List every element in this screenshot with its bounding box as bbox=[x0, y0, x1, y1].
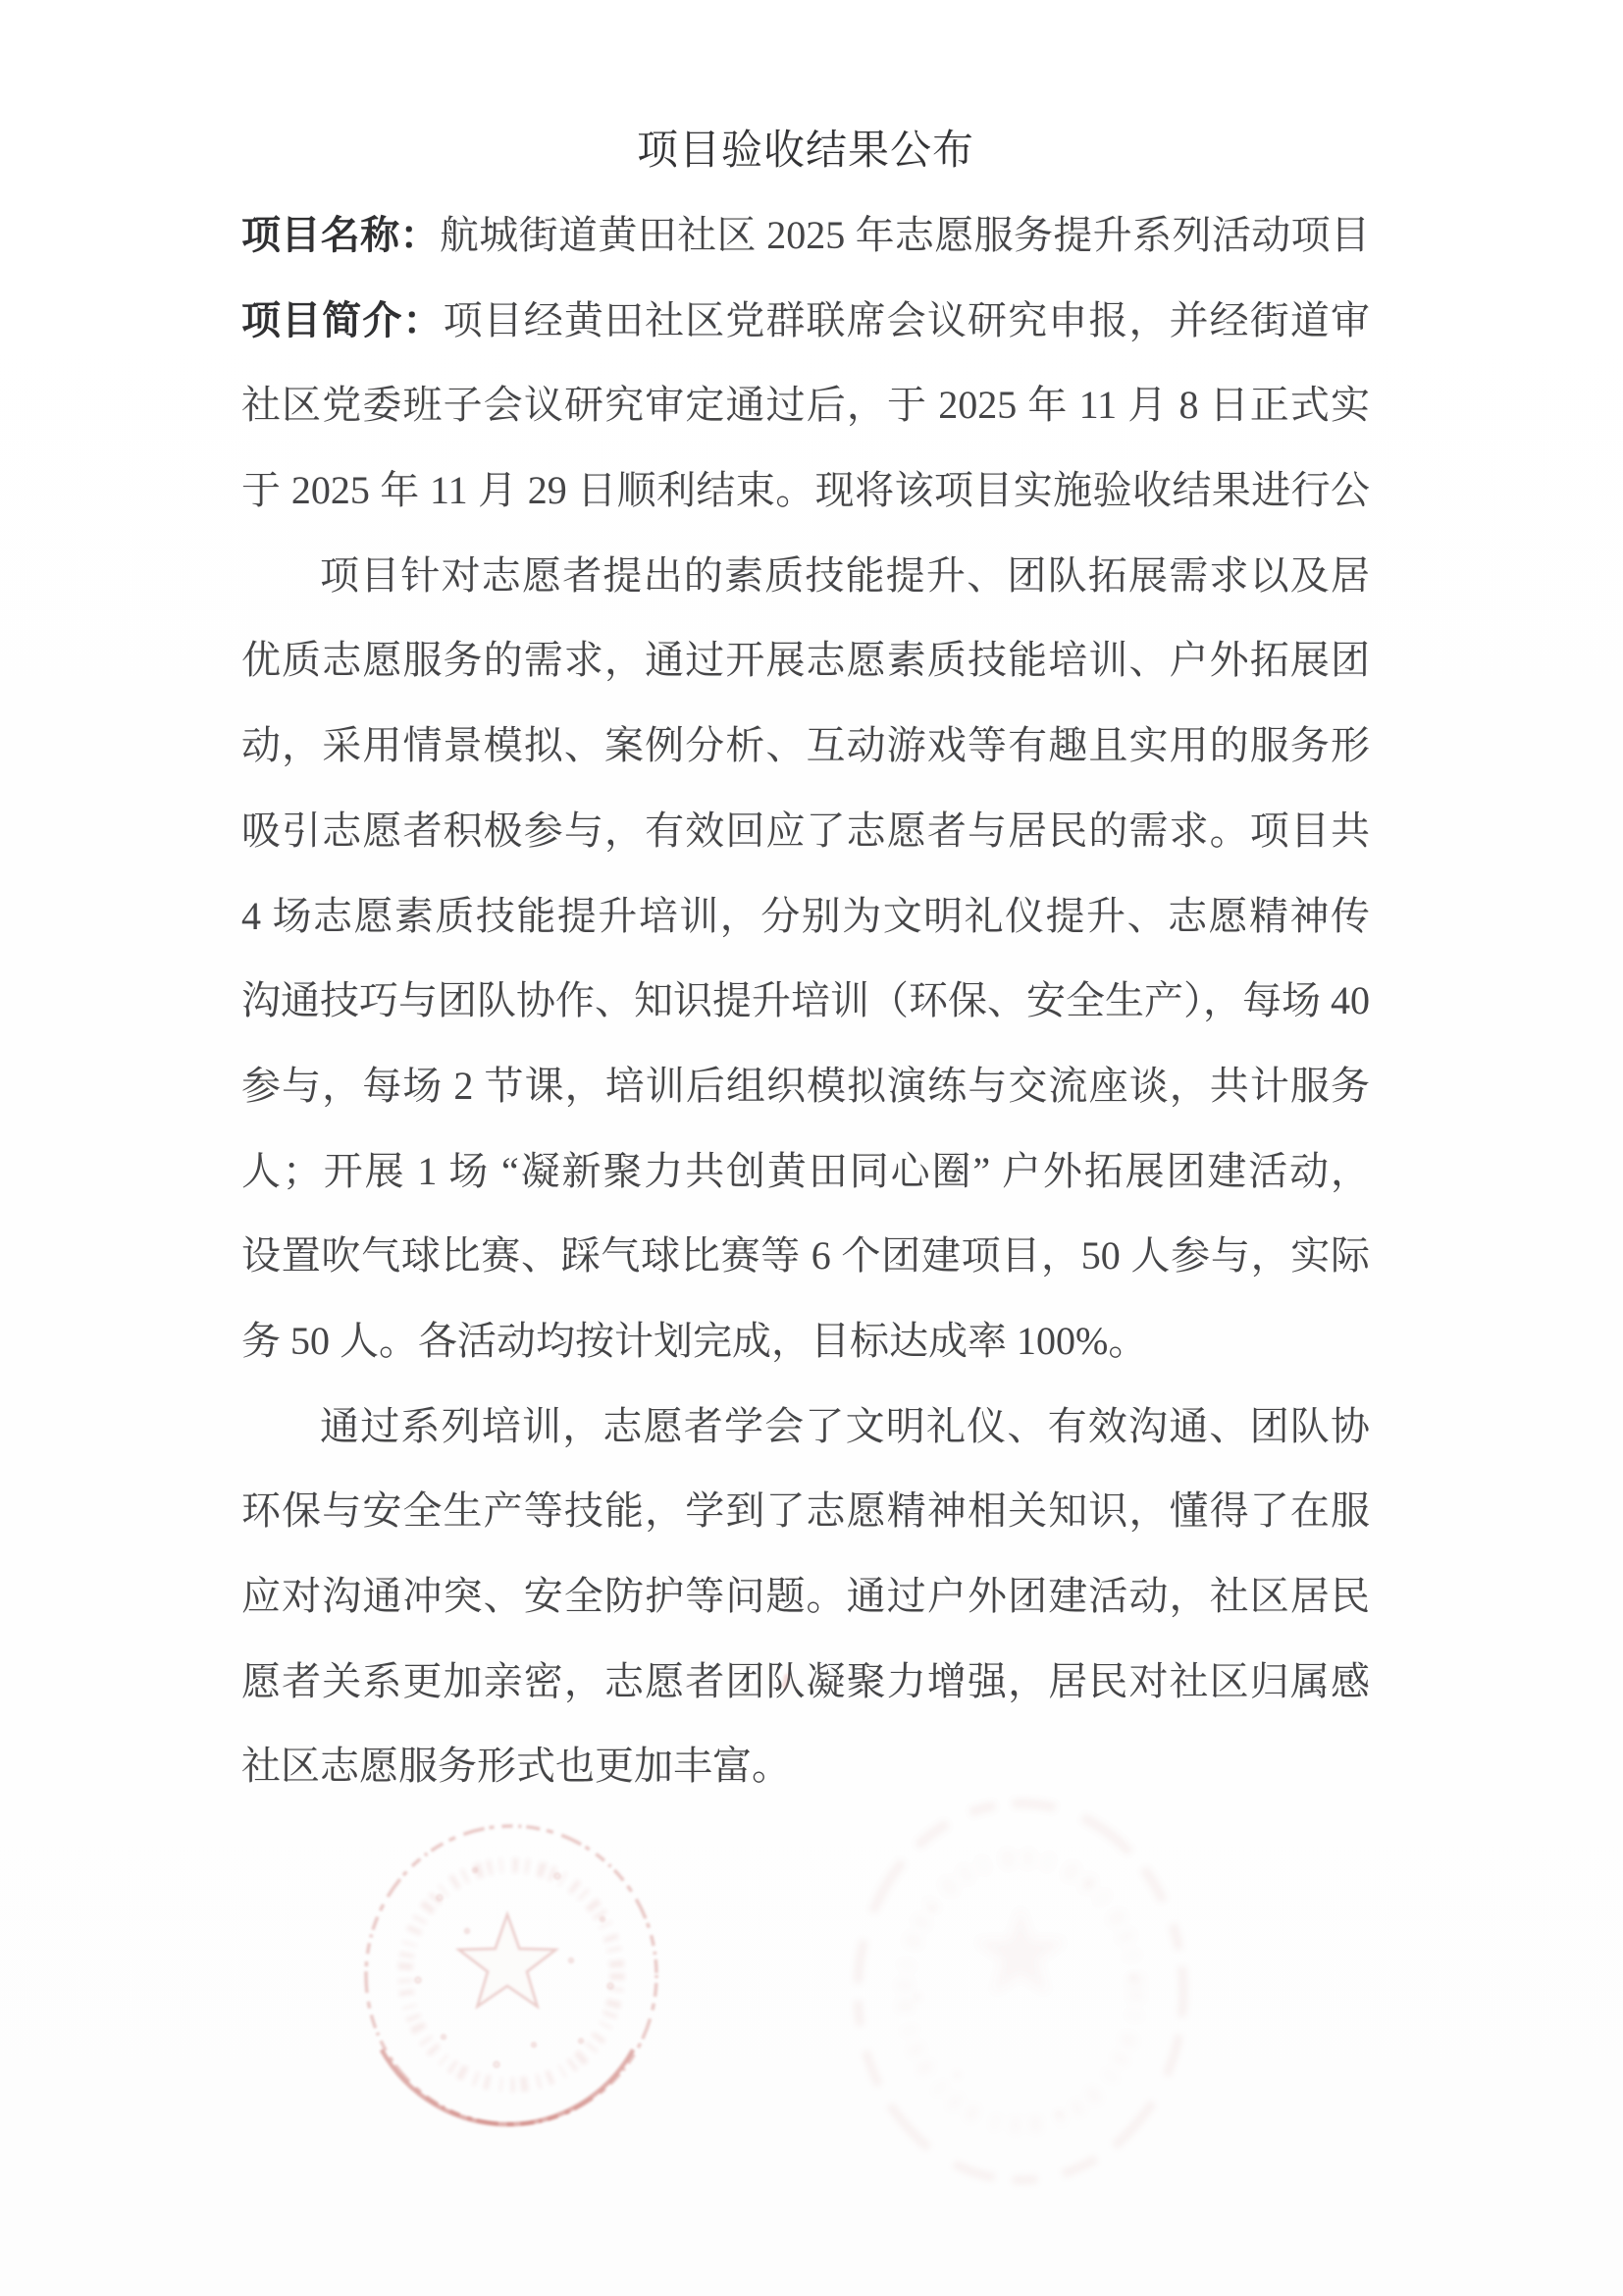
doc-line-11: 参与，每场 2 节课，培训后组织模拟演练与交流座谈，共计服务 160 bbox=[241, 1044, 1370, 1129]
doc-line-6: 优质志愿服务的需求，通过开展志愿素质技能培训、户外拓展团建活 bbox=[241, 618, 1370, 704]
field-label-project-intro: 项目简介： bbox=[241, 298, 444, 342]
document-title: 项目验收结果公布 bbox=[241, 130, 1370, 173]
doc-line-16: 环保与安全生产等技能，学到了志愿精神相关知识，懂得了在服务中 bbox=[241, 1469, 1370, 1554]
doc-line-7: 动，采用情景模拟、案例分析、互动游戏等有趣且实用的服务形式， bbox=[241, 704, 1370, 789]
doc-line-project-name: 项目名称：航城街道黄田社区 2025 年志愿服务提升系列活动项目 bbox=[241, 193, 1370, 279]
field-value-project-name: 航城街道黄田社区 2025 年志愿服务提升系列活动项目 bbox=[440, 213, 1370, 257]
doc-line-19: 社区志愿服务形式也更加丰富。 bbox=[241, 1724, 1370, 1809]
doc-line-12: 人；开展 1 场 “凝新聚力共创黄田同心圈” 户外拓展团建活动， bbox=[241, 1129, 1370, 1215]
doc-line-5: 项目针对志愿者提出的素质技能提升、团队拓展需求以及居民对 bbox=[241, 534, 1370, 619]
doc-line-4: 于 2025 年 11 月 29 日顺利结束。现将该项目实施验收结果进行公布： bbox=[241, 448, 1370, 534]
doc-line-17: 应对沟通冲突、安全防护等问题。通过户外团建活动，社区居民与志 bbox=[241, 1554, 1370, 1640]
field-label-project-name: 项目名称： bbox=[241, 213, 440, 257]
doc-line-14: 务 50 人。各活动均按计划完成，目标达成率 100%。 bbox=[241, 1299, 1370, 1384]
doc-line-13: 设置吹气球比赛、踩气球比赛等 6 个团建项目，50 人参与，实际服 bbox=[241, 1214, 1370, 1299]
red-seal-stamp-right-icon bbox=[839, 1791, 1212, 2193]
doc-line-project-intro: 项目简介：项目经黄田社区党群联席会议研究申报，并经街道审查及 bbox=[241, 279, 1370, 364]
doc-line-10: 沟通技巧与团队协作、知识提升培训（环保、安全生产），每场 40 人 bbox=[241, 959, 1370, 1044]
doc-line-3: 社区党委班子会议研究审定通过后，于 2025 年 11 月 8 日正式实施， bbox=[241, 363, 1370, 448]
doc-line-18: 愿者关系更加亲密，志愿者团队凝聚力增强，居民对社区归属感更强， bbox=[241, 1640, 1370, 1725]
document-body: 项目名称：航城街道黄田社区 2025 年志愿服务提升系列活动项目 项目简介：项目… bbox=[241, 193, 1370, 1809]
doc-line-15: 通过系列培训，志愿者学会了文明礼仪、有效沟通、团队协作及 bbox=[241, 1384, 1370, 1470]
doc-line-8: 吸引志愿者积极参与，有效回应了志愿者与居民的需求。项目共开展 bbox=[241, 789, 1370, 874]
scanned-document-page: 项目验收结果公布 项目名称：航城街道黄田社区 2025 年志愿服务提升系列活动项… bbox=[0, 0, 1623, 2296]
red-seal-stamp-left-icon bbox=[349, 1813, 683, 2147]
doc-line-9: 4 场志愿素质技能提升培训，分别为文明礼仪提升、志愿精神传递、 bbox=[241, 874, 1370, 960]
